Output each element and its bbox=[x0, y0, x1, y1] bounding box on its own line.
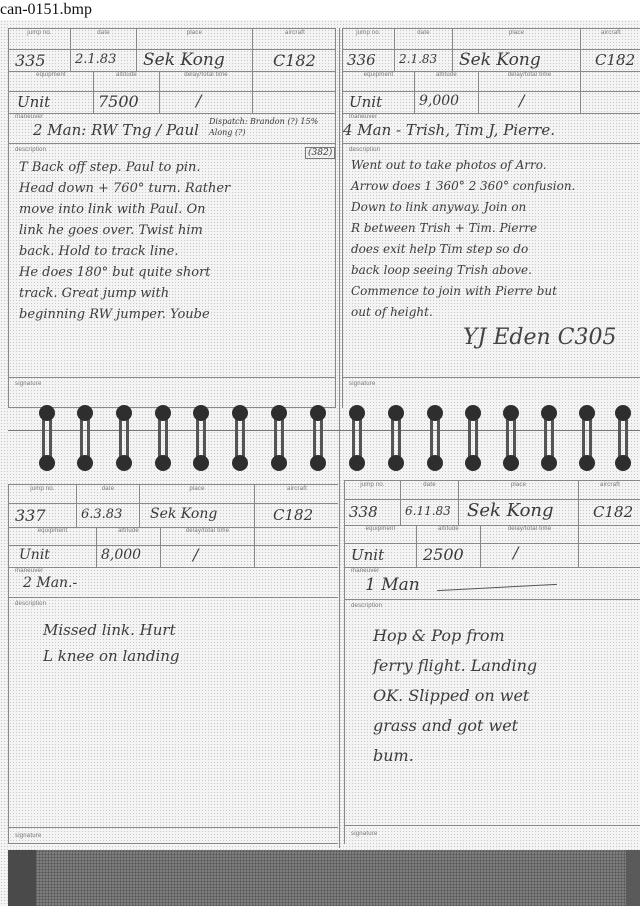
spiral-ring bbox=[152, 405, 174, 471]
spiral-ring bbox=[612, 405, 634, 471]
jump-delay: / bbox=[193, 545, 198, 564]
jump-place: Sek Kong bbox=[143, 50, 225, 70]
spiral-ring bbox=[190, 405, 212, 471]
label-signature: signature bbox=[351, 831, 640, 837]
label-altitude: altitude bbox=[417, 526, 480, 532]
jump-number: 335 bbox=[15, 51, 46, 70]
logbook-entry-338: jump no. date place aircraft 338 6.11.83… bbox=[344, 480, 640, 844]
label-description: description bbox=[15, 601, 338, 607]
label-place: place bbox=[459, 482, 578, 488]
label-altitude: altitude bbox=[415, 72, 478, 78]
scan-shadow-band bbox=[8, 850, 640, 906]
label-delay: delay/total time bbox=[481, 526, 578, 532]
label-delay: delay/total time bbox=[160, 72, 252, 78]
logbook-entry-336: jump no. date place aircraft 336 2.1.83 … bbox=[342, 28, 640, 408]
label-aircraft: aircraft bbox=[253, 30, 337, 36]
jump-description: T Back off step. Paul to pin. Head down … bbox=[19, 157, 335, 325]
filename-caption: can-0151.bmp bbox=[0, 0, 92, 20]
label-maneuver: maneuver bbox=[15, 568, 338, 574]
spiral-ring bbox=[307, 405, 329, 471]
label-jump-no: jump no. bbox=[9, 30, 70, 36]
label-jump-no: jump no. bbox=[345, 482, 400, 488]
label-date: date bbox=[401, 482, 458, 488]
jump-delay: / bbox=[519, 91, 524, 110]
label-aircraft: aircraft bbox=[255, 486, 339, 492]
spiral-ring bbox=[36, 405, 58, 471]
jump-altitude: 8,000 bbox=[101, 547, 141, 563]
jump-number: 337 bbox=[15, 506, 46, 525]
label-delay: delay/total time bbox=[161, 528, 254, 534]
jump-date: 6.11.83 bbox=[405, 504, 451, 518]
jump-equipment: Unit bbox=[17, 93, 50, 111]
jump-date: 2.1.83 bbox=[399, 52, 437, 66]
label-place: place bbox=[140, 486, 254, 492]
jump-altitude: 7500 bbox=[98, 92, 139, 111]
label-description: description bbox=[15, 147, 335, 153]
dispatch-note: Dispatch: Brandon (?) 15% Along (?) bbox=[209, 116, 335, 138]
label-maneuver: maneuver bbox=[349, 114, 640, 120]
label-place: place bbox=[453, 30, 580, 36]
label-equipment: equipment bbox=[345, 526, 416, 532]
label-description: description bbox=[351, 603, 640, 609]
label-signature: signature bbox=[349, 381, 640, 387]
jump-description: Hop & Pop from ferry flight. Landing OK.… bbox=[373, 621, 639, 771]
spiral-ring bbox=[229, 405, 251, 471]
spiral-ring bbox=[500, 405, 522, 471]
label-aircraft: aircraft bbox=[579, 482, 640, 488]
jump-aircraft: C182 bbox=[273, 506, 313, 524]
maneuver-dash bbox=[437, 584, 557, 591]
spiral-ring bbox=[576, 405, 598, 471]
jump-number: 336 bbox=[347, 51, 376, 69]
spiral-ring bbox=[74, 405, 96, 471]
label-maneuver: maneuver bbox=[351, 568, 640, 574]
jump-altitude: 9,000 bbox=[419, 93, 459, 109]
label-date: date bbox=[77, 486, 139, 492]
label-delay: delay/total time bbox=[479, 72, 580, 78]
label-equipment: equipment bbox=[343, 72, 414, 78]
spiral-ring bbox=[385, 405, 407, 471]
jump-delay: / bbox=[513, 543, 518, 562]
jump-place: Sek Kong bbox=[150, 506, 217, 522]
jump-date: 2.1.83 bbox=[75, 52, 116, 67]
center-divider bbox=[339, 28, 340, 848]
jump-maneuver: 2 Man.- bbox=[23, 575, 77, 591]
jump-equipment: Unit bbox=[349, 93, 382, 111]
label-jump-no: jump no. bbox=[343, 30, 394, 36]
jump-place: Sek Kong bbox=[467, 500, 554, 521]
jump-number: 338 bbox=[349, 503, 378, 521]
jump-equipment: Unit bbox=[19, 547, 50, 563]
label-jump-no: jump no. bbox=[9, 486, 76, 492]
jump-delay: / bbox=[196, 91, 201, 110]
logbook-entry-335: jump no. date place aircraft 335 2.1.83 … bbox=[8, 28, 336, 408]
jump-description: Went out to take photos of Arro. Arrow d… bbox=[351, 155, 640, 323]
spiral-ring bbox=[346, 405, 368, 471]
spiral-ring bbox=[113, 405, 135, 471]
label-equipment: equipment bbox=[9, 528, 96, 534]
label-place: place bbox=[137, 30, 252, 36]
jump-maneuver: 1 Man bbox=[365, 575, 420, 595]
spiral-ring bbox=[462, 405, 484, 471]
label-altitude: altitude bbox=[94, 72, 159, 78]
label-date: date bbox=[71, 30, 136, 36]
spiral-ring bbox=[424, 405, 446, 471]
label-description: description bbox=[349, 147, 640, 153]
jump-maneuver: 4 Man - Trish, Tim J, Pierre. bbox=[343, 121, 555, 139]
label-signature: signature bbox=[15, 833, 338, 839]
jump-equipment: Unit bbox=[351, 546, 384, 564]
label-aircraft: aircraft bbox=[581, 30, 640, 36]
spiral-ring bbox=[538, 405, 560, 471]
label-date: date bbox=[395, 30, 452, 36]
instructor-signature: YJ Eden C305 bbox=[463, 325, 616, 350]
label-signature: signature bbox=[15, 381, 335, 387]
label-altitude: altitude bbox=[97, 528, 160, 534]
jump-aircraft: C182 bbox=[595, 51, 635, 69]
jump-place: Sek Kong bbox=[459, 50, 541, 70]
jump-date: 6.3.83 bbox=[81, 507, 122, 522]
jump-altitude: 2500 bbox=[423, 545, 464, 564]
jump-aircraft: C182 bbox=[593, 503, 633, 521]
logbook-entry-337: jump no. date place aircraft 337 6.3.83 … bbox=[8, 484, 338, 844]
jump-description: Missed link. Hurt L knee on landing bbox=[43, 617, 333, 669]
spiral-ring bbox=[268, 405, 290, 471]
jump-maneuver: 2 Man: RW Tng / Paul bbox=[33, 121, 199, 139]
label-equipment: equipment bbox=[9, 72, 93, 78]
jump-aircraft: C182 bbox=[273, 51, 316, 70]
